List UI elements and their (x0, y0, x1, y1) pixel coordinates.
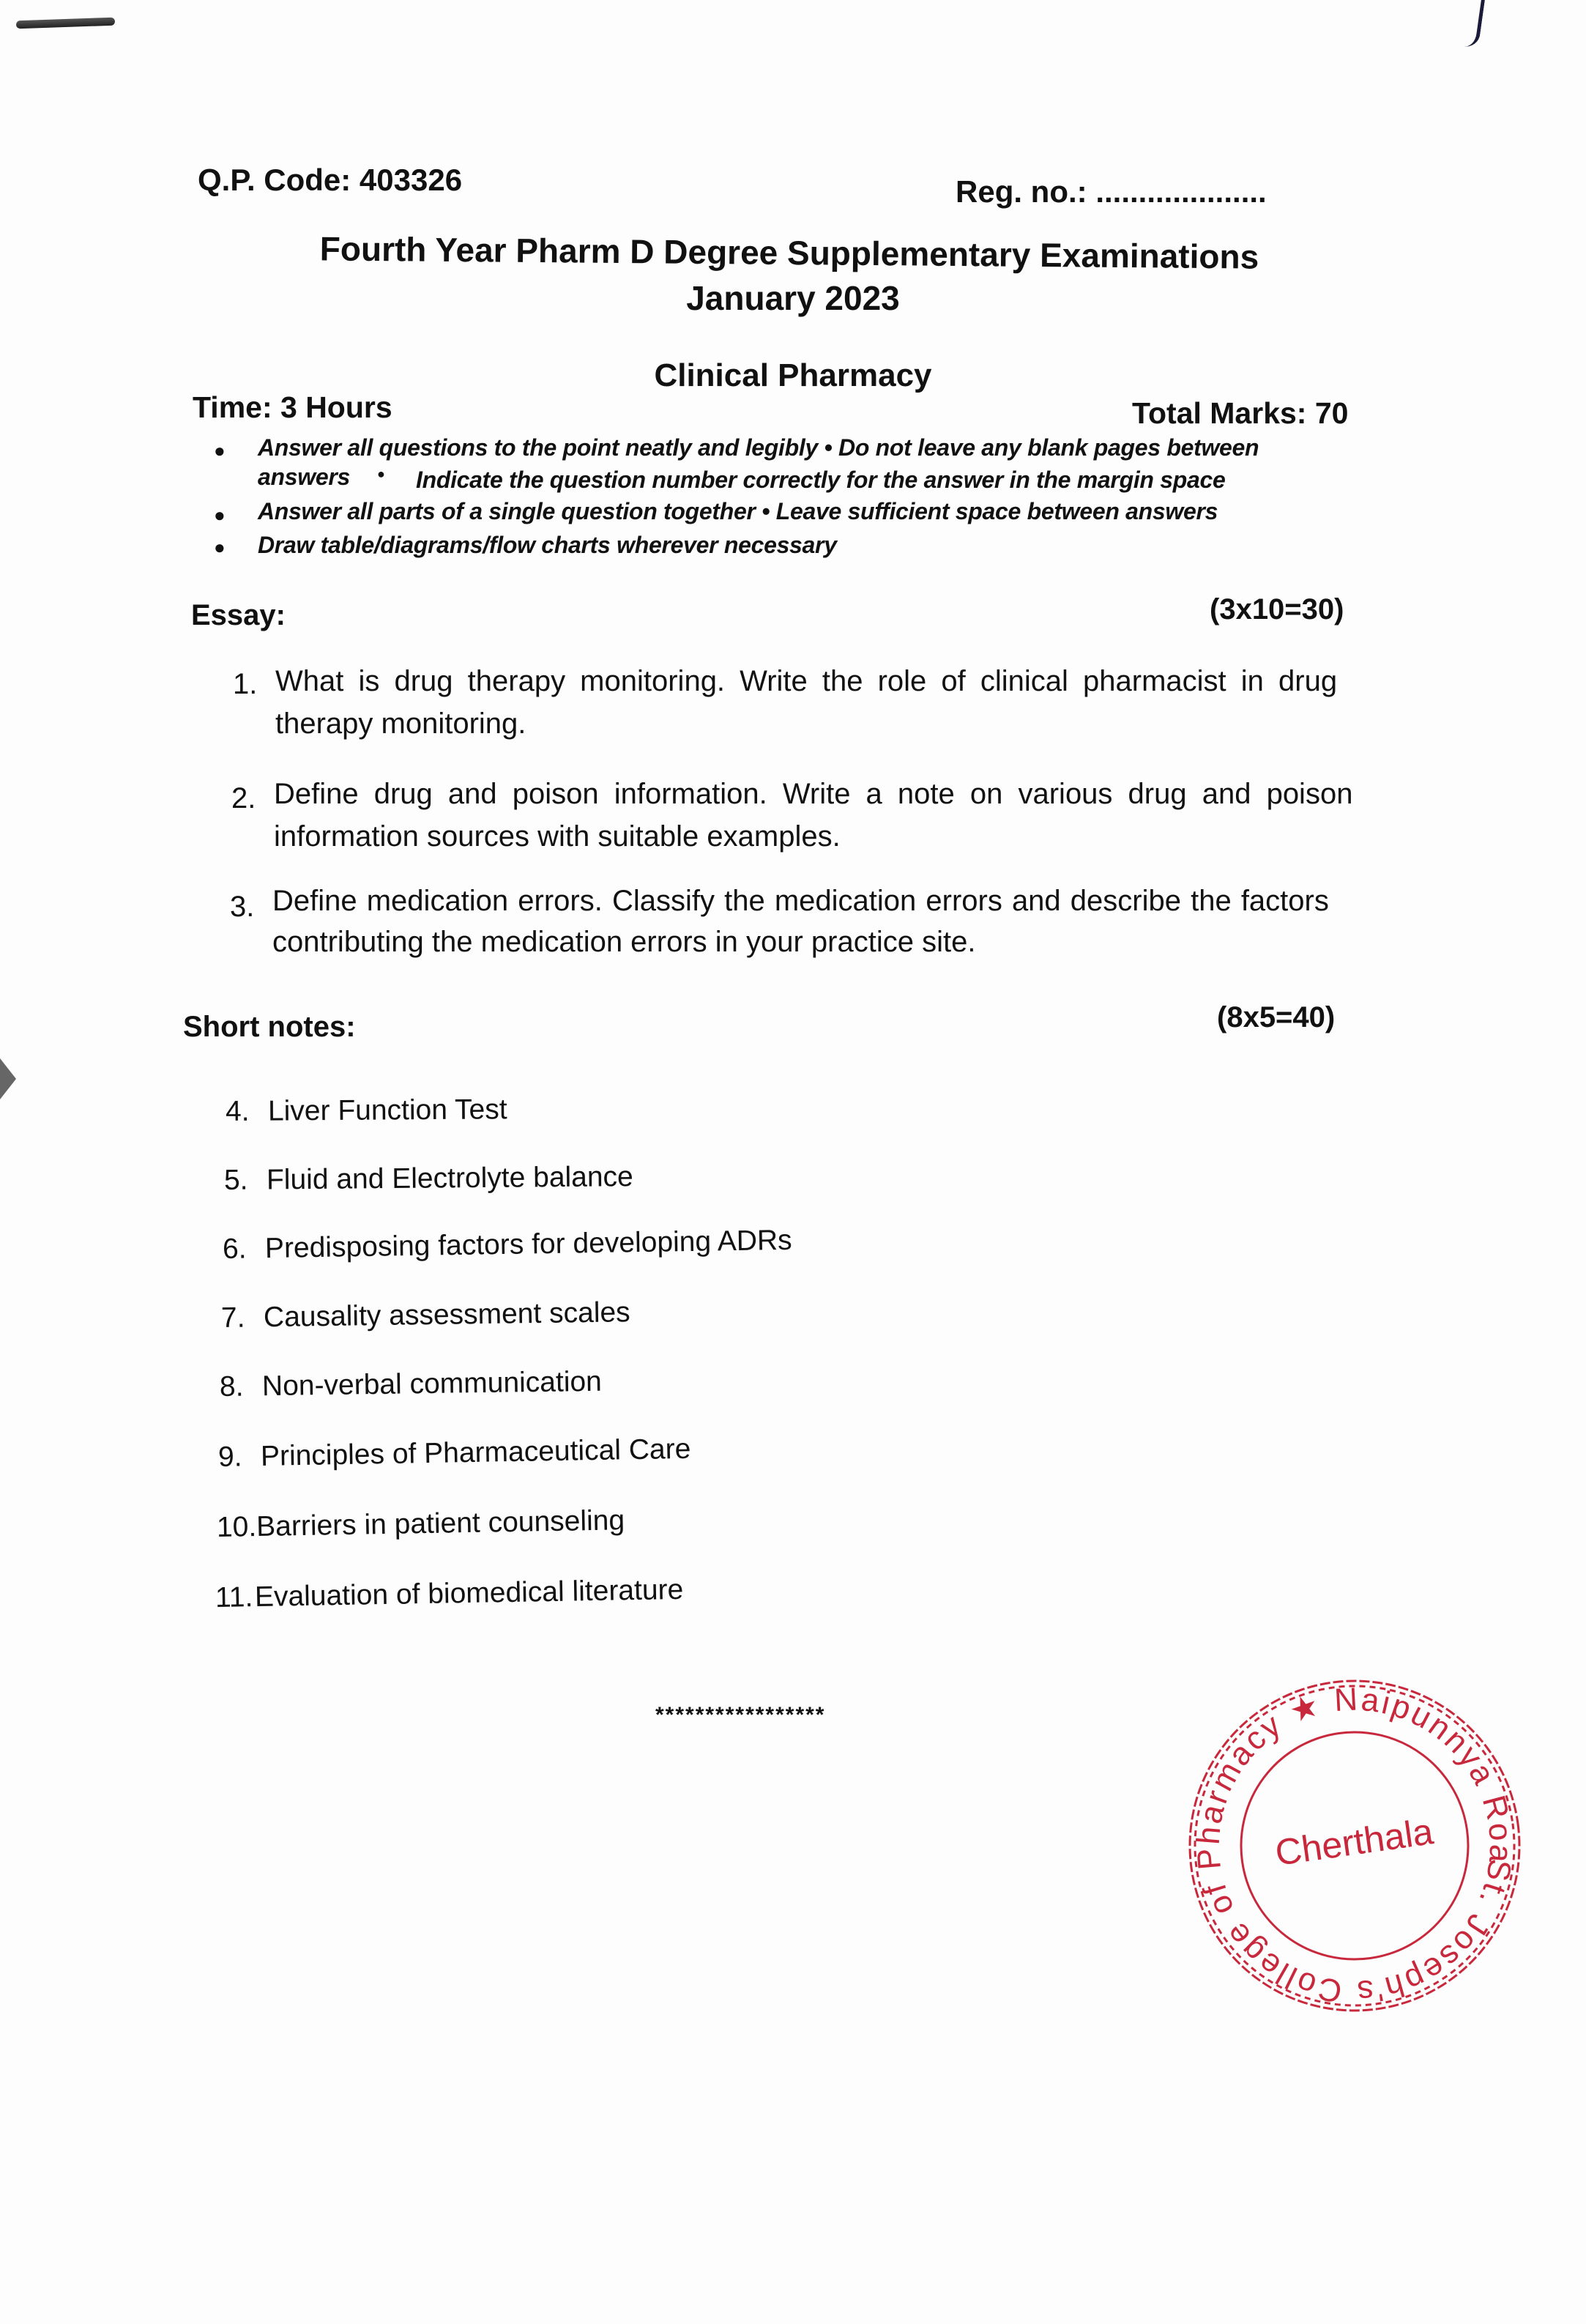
question-text: Define drug and poison information. Writ… (274, 778, 1352, 811)
exam-date: January 2023 (0, 278, 1586, 318)
short-note-item: 8.Non-verbal communication (220, 1366, 602, 1403)
scan-mark-left-edge (0, 1058, 16, 1099)
question-text: Define medication errors. Classify the m… (272, 885, 1329, 918)
question-text: Principles of Pharmaceutical Care (261, 1433, 691, 1472)
bullet-icon: ● (214, 536, 226, 559)
scan-mark-top-left (16, 18, 115, 29)
question-number: 5. (224, 1164, 267, 1197)
exam-title: Fourth Year Pharm D Degree Supplementary… (0, 226, 1582, 280)
instruction-1-line1: Answer all questions to the point neatly… (258, 434, 1259, 461)
question-number: 7. (221, 1302, 264, 1334)
essay-heading: Essay: (191, 599, 286, 632)
question-text: Predisposing factors for developing ADRs (265, 1225, 792, 1264)
question-text: Evaluation of biomedical literature (255, 1574, 684, 1613)
total-marks: Total Marks: 70 (1132, 396, 1348, 431)
question-text: therapy monitoring. (275, 708, 526, 740)
question-text: Barriers in patient counseling (256, 1504, 625, 1542)
bullet-icon: ● (214, 504, 226, 527)
pen-mark-top-right (1464, 0, 1486, 48)
question-text: What is drug therapy monitoring. Write t… (275, 665, 1337, 698)
short-note-item: 10.Barriers in patient counseling (217, 1504, 625, 1544)
question-number: 2. (231, 782, 256, 815)
instruction-1-line2b: Indicate the question number correctly f… (416, 467, 1225, 494)
reg-no: Reg. no.: .................... (956, 174, 1267, 209)
question-number: 11. (215, 1581, 256, 1614)
short-note-item: 11.Evaluation of biomedical literature (215, 1574, 684, 1614)
instruction-2: Answer all parts of a single question to… (258, 498, 1218, 525)
essay-marks: (3x10=30) (1210, 593, 1344, 626)
end-marker: ***************** (655, 1703, 825, 1728)
short-note-item: 9.Principles of Pharmaceutical Care (218, 1433, 691, 1474)
qp-code: Q.P. Code: 403326 (198, 163, 462, 198)
bullet-icon: ● (214, 439, 226, 462)
exam-time: Time: 3 Hours (193, 390, 392, 425)
college-seal-stamp: St. Joseph's College of Pharmacy ★ Naipu… (1179, 1663, 1530, 2029)
instruction-1-line2a: answers (258, 464, 350, 491)
question-text: Causality assessment scales (264, 1296, 630, 1333)
question-text: information sources with suitable exampl… (274, 820, 841, 853)
question-text: contributing the medication errors in yo… (272, 926, 975, 959)
question-text: Liver Function Test (268, 1094, 507, 1126)
question-text: Non-verbal communication (262, 1366, 602, 1402)
question-number: 6. (223, 1233, 266, 1266)
question-number: 9. (218, 1441, 261, 1474)
question-number: 8. (220, 1370, 263, 1403)
question-text: Fluid and Electrolyte balance (267, 1161, 633, 1195)
question-number: 10. (217, 1511, 257, 1544)
subject-title: Clinical Pharmacy (0, 357, 1586, 394)
question-number: 3. (230, 891, 254, 924)
short-note-item: 6.Predisposing factors for developing AD… (223, 1225, 792, 1266)
bullet-icon: ● (377, 467, 385, 482)
short-note-item: 7.Causality assessment scales (221, 1296, 630, 1334)
short-note-item: 5.Fluid and Electrolyte balance (224, 1161, 633, 1197)
stamp-center-text: Cherthala (1273, 1811, 1436, 1874)
question-number: 4. (226, 1096, 268, 1128)
short-notes-heading: Short notes: (183, 1011, 356, 1044)
instruction-3: Draw table/diagrams/flow charts wherever… (258, 532, 837, 559)
question-number: 1. (233, 668, 257, 701)
short-notes-marks: (8x5=40) (1217, 1001, 1335, 1034)
short-note-item: 4.Liver Function Test (226, 1094, 507, 1128)
